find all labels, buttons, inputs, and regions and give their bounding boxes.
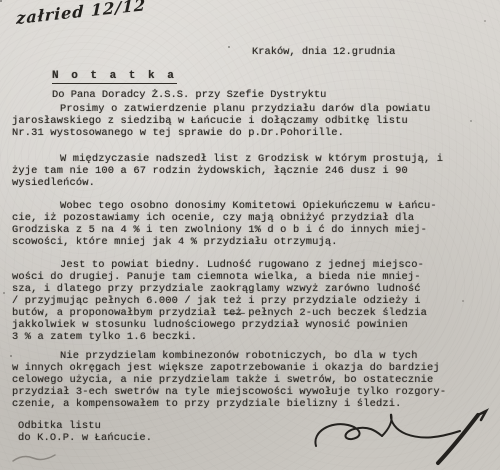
text-line: wysiedleńców. <box>12 177 494 189</box>
text-line: jarosławskiego z siedzibą w Łańcucie i d… <box>12 115 494 127</box>
text-line: Grodziska z 5 na 4 % i ten zwolniony 1% … <box>12 224 494 236</box>
text-line: Wobec tego osobno donosimy Komitetowi Op… <box>12 200 494 212</box>
text-line: przydział 3-ech swetrów na tyle miejscow… <box>12 386 494 398</box>
text-line: / przyjmując pełnych 6.000 / jak też i p… <box>12 295 494 307</box>
addressee-line: Do Pana Doradcy Ż.S.S. przy Szefie Dystr… <box>52 89 326 101</box>
text-line: jakkolwiek w stosunku ludnościowego przy… <box>12 319 494 331</box>
text-line: Nr.31 wystosowanego w tej sprawie do p.D… <box>12 127 494 139</box>
paragraph-1: Prosimy o zatwierdzenie planu przydziału… <box>12 103 494 139</box>
signature-scrawl <box>308 408 498 470</box>
scan-noise-specks <box>0 0 2 2</box>
handwritten-annotation: załried 12/12 <box>16 0 146 28</box>
dateline: Kraków, dnia 12.grudnia <box>252 46 395 58</box>
paragraph-3: Wobec tego osobno donosimy Komitetowi Op… <box>12 200 494 248</box>
paragraph-4: Jest to powiat biedny. Ludność rugowano … <box>12 259 494 343</box>
paragraph-5: Nie przydzielam kombinezonów robotniczyc… <box>12 350 494 410</box>
typewritten-memo-page: załried 12/12 Kraków, dnia 12.grudnia N … <box>0 0 500 470</box>
text-line: Prosimy o zatwierdzenie planu przydziału… <box>12 103 494 115</box>
memo-body: Prosimy o zatwierdzenie planu przydziału… <box>12 103 494 444</box>
text-line: sza, i dlatego przy przydziale zaokrągla… <box>12 283 494 295</box>
text-line: W międzyczasie nadszedł list z Grodzisk … <box>12 153 494 165</box>
text-line: w innych okręgach jest większe zapotrzeb… <box>12 362 494 374</box>
pencil-smudge <box>10 450 70 466</box>
text-line: cie, iż pozostawiamy ich ocenie, czy maj… <box>12 212 494 224</box>
text-line: 3 % a zatem tylko 1.6 beczki. <box>12 331 494 343</box>
text-line: wości do drugiej. Panuje tam ciemnota wi… <box>12 271 494 283</box>
text-line: butów, a proponowałbym przydział t̶e̶ż̶ … <box>12 307 494 319</box>
paragraph-2: W międzyczasie nadszedł list z Grodzisk … <box>12 153 494 189</box>
text-line: scowości, które mniej jak 4 % przydziału… <box>12 236 494 248</box>
text-line: celowego użycia, a nie przydzielam także… <box>12 374 494 386</box>
text-line: Nie przydzielam kombinezonów robotniczyc… <box>12 350 494 362</box>
text-line: Jest to powiat biedny. Ludność rugowano … <box>12 259 494 271</box>
page-title: N o t a t k a <box>52 70 177 84</box>
text-line: żyje tam nie 100 a 67 rodzin żydowskich,… <box>12 165 494 177</box>
